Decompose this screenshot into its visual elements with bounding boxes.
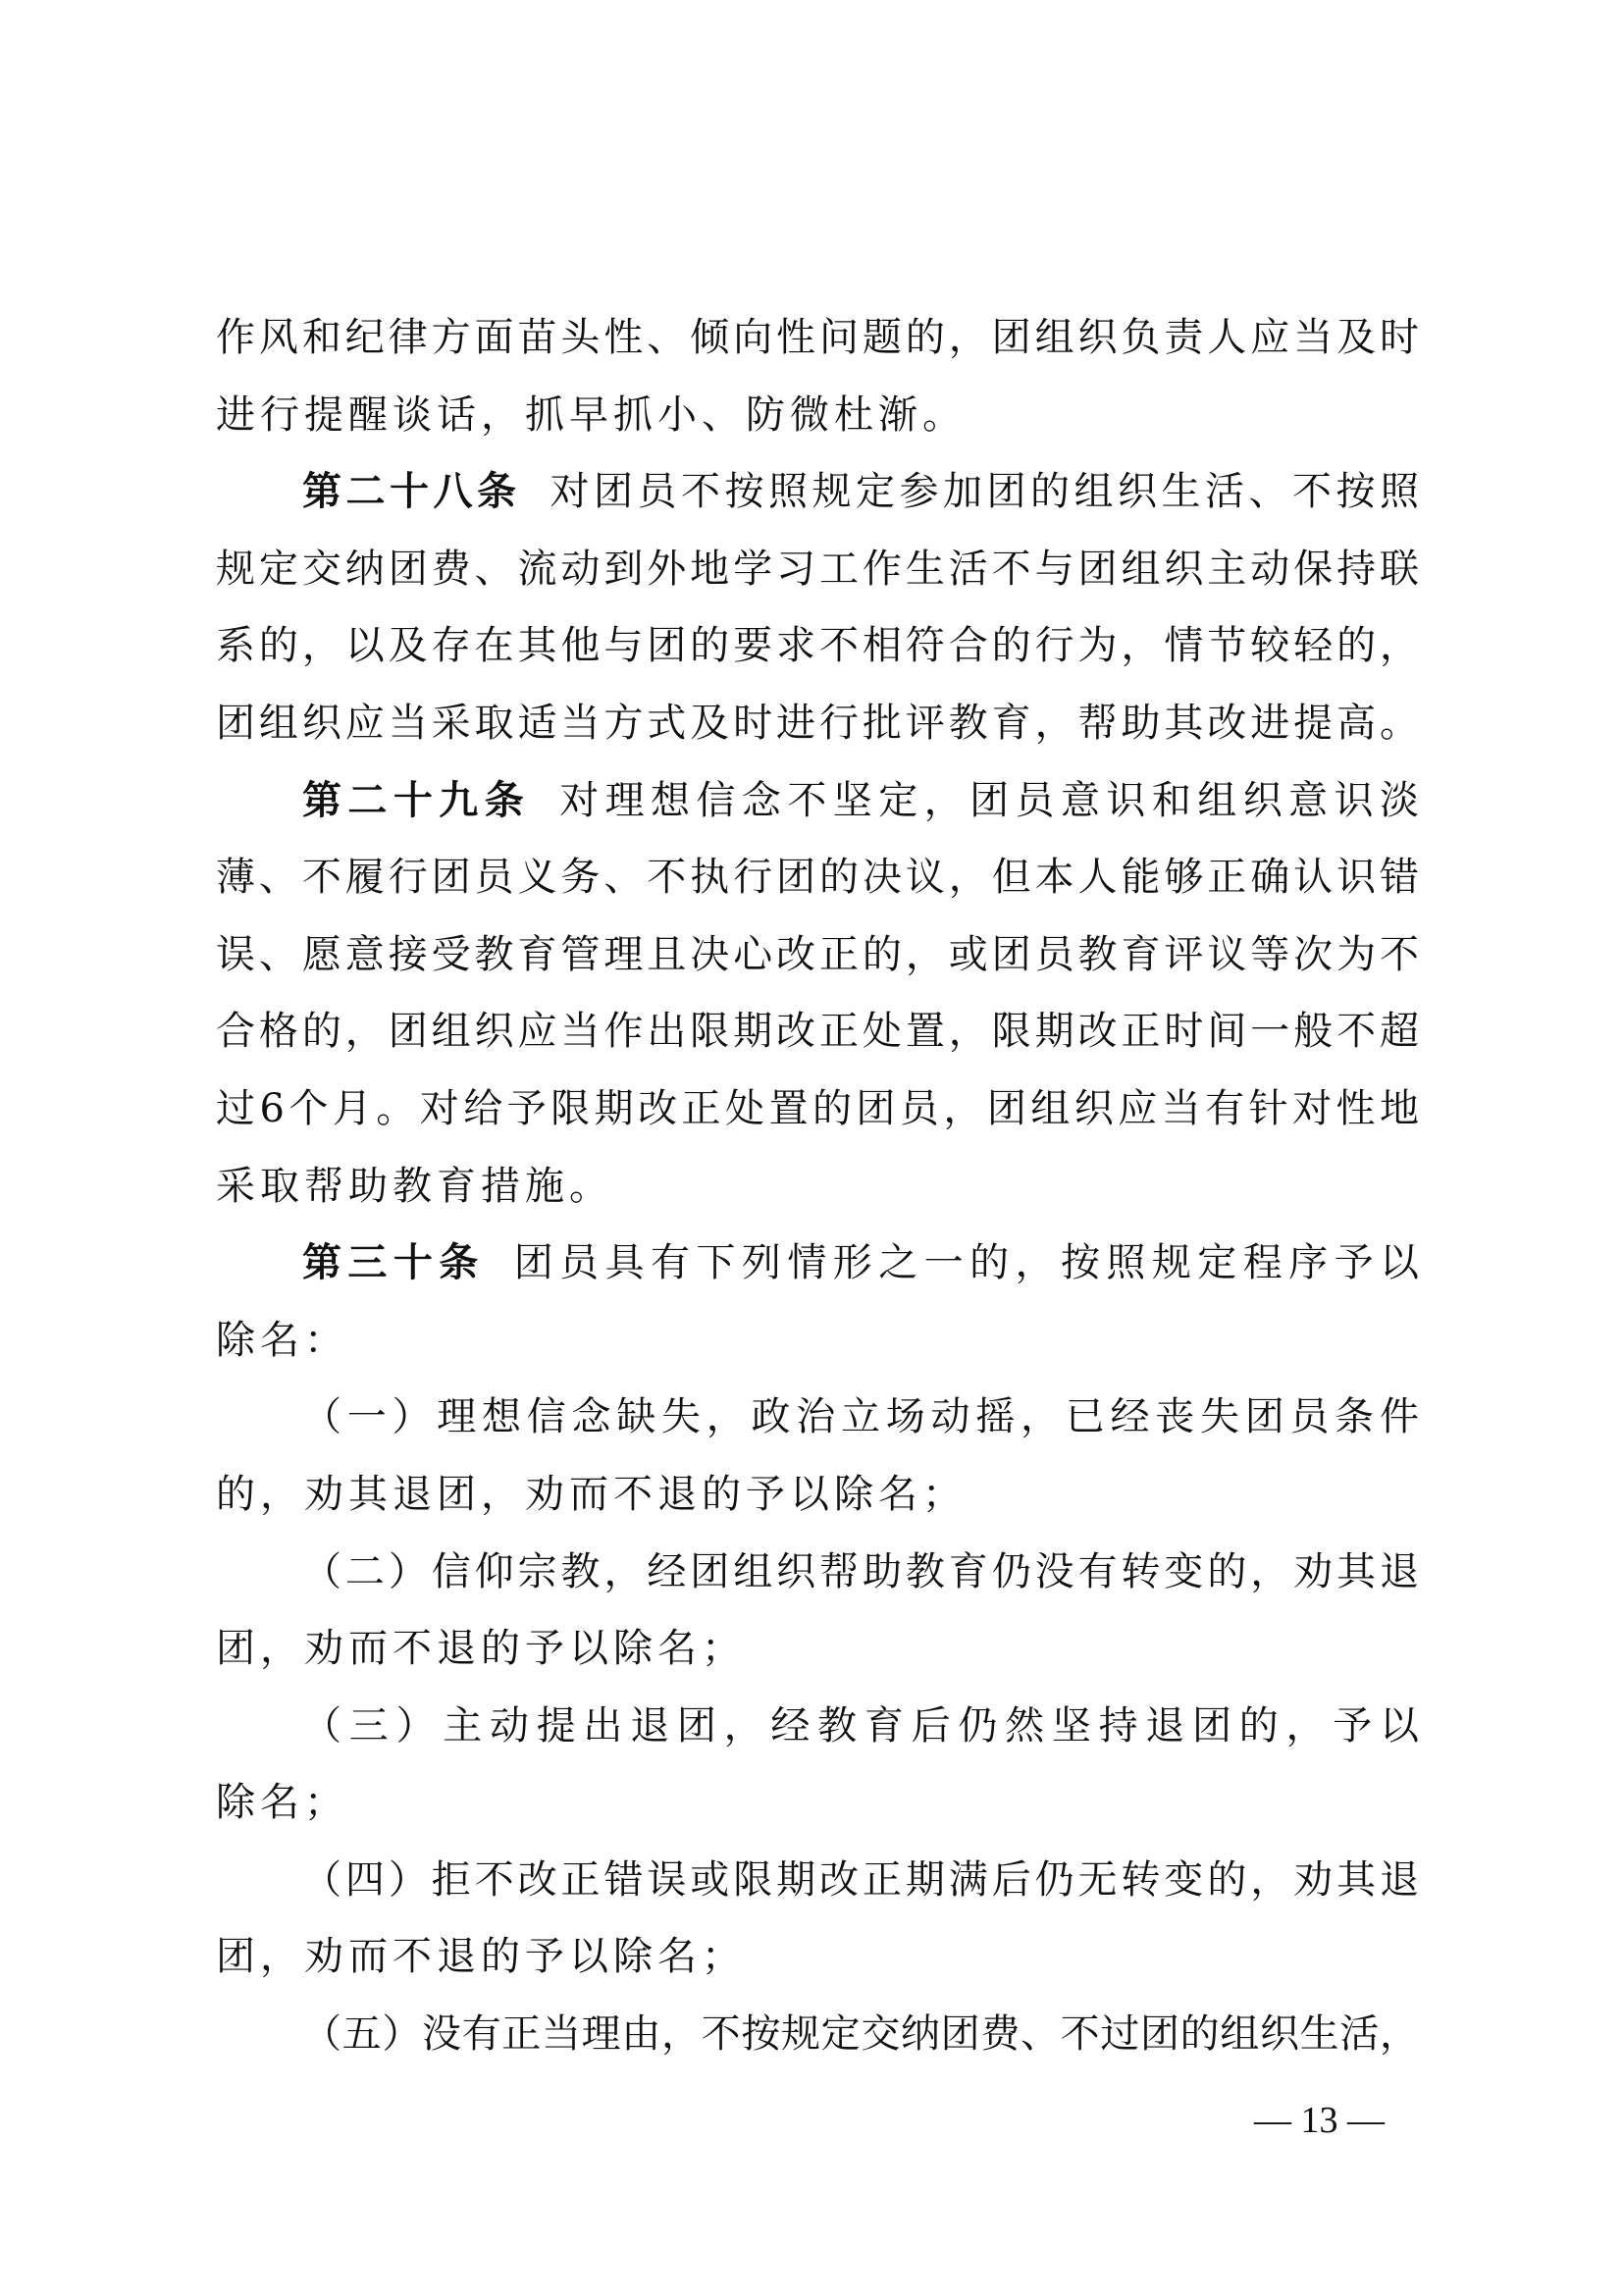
text-line: 团组织应当采取适当方式及时进行批评教育，帮助其改进提高。 xyxy=(216,685,1419,762)
text-line: 规定交纳团费、流动到外地学习工作生活不与团组织主动保持联 xyxy=(216,531,1419,608)
text-line: 过6个月。对给予限期改正处置的团员，团组织应当有针对性地 xyxy=(216,1070,1419,1148)
line-text: 规定交纳团费、流动到外地学习工作生活不与团组织主动保持联 xyxy=(216,547,1419,592)
line-text: 的，劝其退团，劝而不退的予以除名； xyxy=(216,1472,967,1517)
text-line: 团，劝而不退的予以除名； xyxy=(216,1610,1419,1688)
line-text: （四）拒不改正错误或限期改正期满后仍无转变的，劝其退 xyxy=(302,1857,1419,1903)
line-text: 进行提醒谈话，抓早抓小、防微杜渐。 xyxy=(216,392,967,438)
text-line: （一）理想信念缺失，政治立场动摇，已经丧失团员条件 xyxy=(216,1379,1419,1456)
text-line: 团，劝而不退的予以除名； xyxy=(216,1918,1419,1996)
line-text: （五）没有正当理由，不按规定交纳团费、不过团的组织生活， xyxy=(302,2011,1419,2057)
line-text: 作风和纪律方面苗头性、倾向性问题的，团组织负责人应当及时 xyxy=(216,315,1419,360)
document-page: 作风和纪律方面苗头性、倾向性问题的，团组织负责人应当及时进行提醒谈话，抓早抓小、… xyxy=(0,0,1623,2296)
line-text: （二）信仰宗教，经团组织帮助教育仍没有转变的，劝其退 xyxy=(302,1549,1419,1594)
document-body: 作风和纪律方面苗头性、倾向性问题的，团组织负责人应当及时进行提醒谈话，抓早抓小、… xyxy=(216,299,1419,2073)
line-text: 过6个月。对给予限期改正处置的团员，团组织应当有针对性地 xyxy=(216,1086,1419,1131)
article-line: 第二十八条对团员不按照规定参加团的组织生活、不按照 xyxy=(216,453,1419,531)
line-text: （一）理想信念缺失，政治立场动摇，已经丧失团员条件 xyxy=(302,1394,1419,1439)
page-number: — 13 — xyxy=(1238,2096,1400,2145)
text-line: 作风和纪律方面苗头性、倾向性问题的，团组织负责人应当及时 xyxy=(216,299,1419,377)
line-text: 系的，以及存在其他与团的要求不相符合的行为，情节较轻的， xyxy=(216,623,1419,668)
text-line: 进行提醒谈话，抓早抓小、防微杜渐。 xyxy=(216,377,1419,454)
line-text: 薄、不履行团员义务、不执行团的决议，但本人能够正确认识错 xyxy=(216,855,1419,900)
line-text: 除名； xyxy=(216,1780,348,1825)
line-text: 采取帮助教育措施。 xyxy=(216,1164,613,1209)
text-line: （五）没有正当理由，不按规定交纳团费、不过团的组织生活， xyxy=(216,1996,1419,2073)
article-line: 第三十条团员具有下列情形之一的，按照规定程序予以 xyxy=(216,1225,1419,1302)
text-line: （四）拒不改正错误或限期改正期满后仍无转变的，劝其退 xyxy=(216,1842,1419,1919)
line-text: 团，劝而不退的予以除名； xyxy=(216,1934,746,1979)
line-text: 对理想信念不坚定，团员意识和组织意识淡 xyxy=(559,778,1419,823)
line-text: 误、愿意接受教育管理且决心改正的，或团员教育评议等次为不 xyxy=(216,932,1419,977)
line-text: （三）主动提出退团，经教育后仍然坚持退团的，予以 xyxy=(302,1703,1419,1748)
line-text: 团，劝而不退的予以除名； xyxy=(216,1626,746,1671)
text-line: 的，劝其退团，劝而不退的予以除名； xyxy=(216,1456,1419,1534)
text-line: 除名： xyxy=(216,1302,1419,1380)
line-text: 团员具有下列情形之一的，按照规定程序予以 xyxy=(514,1240,1419,1285)
article-heading: 第二十八条 xyxy=(302,469,521,514)
text-line: 合格的，团组织应当作出限期改正处置，限期改正时间一般不超 xyxy=(216,993,1419,1070)
line-text: 除名： xyxy=(216,1318,348,1363)
text-line: 除名； xyxy=(216,1764,1419,1842)
article-heading: 第三十条 xyxy=(302,1240,485,1285)
text-line: （二）信仰宗教，经团组织帮助教育仍没有转变的，劝其退 xyxy=(216,1534,1419,1611)
text-line: （三）主动提出退团，经教育后仍然坚持退团的，予以 xyxy=(216,1688,1419,1765)
text-line: 误、愿意接受教育管理且决心改正的，或团员教育评议等次为不 xyxy=(216,916,1419,994)
article-heading: 第二十九条 xyxy=(302,778,530,823)
text-line: 系的，以及存在其他与团的要求不相符合的行为，情节较轻的， xyxy=(216,607,1419,685)
line-text: 团组织应当采取适当方式及时进行批评教育，帮助其改进提高。 xyxy=(216,701,1419,746)
text-line: 薄、不履行团员义务、不执行团的决议，但本人能够正确认识错 xyxy=(216,839,1419,916)
text-line: 采取帮助教育措施。 xyxy=(216,1148,1419,1226)
line-text: 对团员不按照规定参加团的组织生活、不按照 xyxy=(550,469,1420,514)
line-text: 合格的，团组织应当作出限期改正处置，限期改正时间一般不超 xyxy=(216,1009,1419,1054)
article-line: 第二十九条对理想信念不坚定，团员意识和组织意识淡 xyxy=(216,762,1419,840)
